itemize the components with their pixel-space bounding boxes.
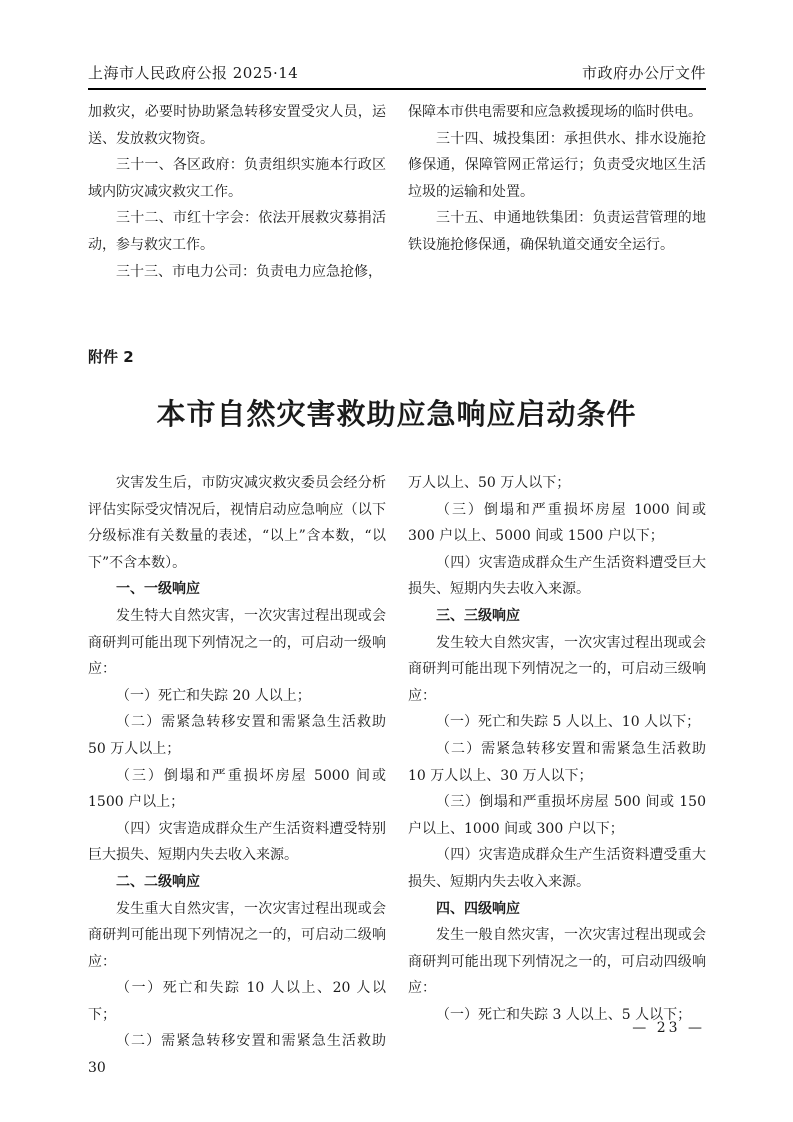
page-header: 上海市人民政府公报 2025·14 市政府办公厅文件 (88, 62, 706, 83)
paragraph: （三）倒塌和严重损坏房屋 1000 间或 300 户以上、5000 间或 150… (408, 497, 706, 550)
paragraph: 发生特大自然灾害，一次灾害过程出现或会商研判可能出现下列情况之一的，可启动一级响… (88, 603, 386, 683)
body-section: 灾害发生后，市防灾减灾救灾委员会经分析评估实际受灾情况后，视情启动应急响应（以下… (88, 470, 706, 1082)
header-gazette-title: 上海市人民政府公报 2025·14 (88, 62, 298, 83)
paragraph: 发生重大自然灾害，一次灾害过程出现或会商研判可能出现下列情况之一的，可启动二级响… (88, 896, 386, 976)
paragraph: （四）灾害造成群众生产生活资料遭受重大损失、短期内失去收入来源。 (408, 842, 706, 895)
paragraph: 灾害发生后，市防灾减灾救灾委员会经分析评估实际受灾情况后，视情启动应急响应（以下… (88, 470, 386, 576)
page-number: — 23 — (632, 1020, 705, 1036)
paragraph: 发生较大自然灾害，一次灾害过程出现或会商研判可能出现下列情况之一的，可启动三级响… (408, 630, 706, 710)
paragraph: （一）死亡和失踪 20 人以上； (88, 683, 386, 710)
paragraph: （一）死亡和失踪 10 人以上、20 人以下； (88, 975, 386, 1028)
paragraph: 三十五、申通地铁集团：负责运营管理的地铁设施抢修保通，确保轨道交通安全运行。 (408, 205, 706, 258)
paragraph: 加救灾，必要时协助紧急转移安置受灾人员，运送、发放救灾物资。 (88, 99, 386, 152)
paragraph: （二）需紧急转移安置和需紧急生活救助 30 (88, 1028, 386, 1081)
body-right-column: 万人以上、50 万人以下； （三）倒塌和严重损坏房屋 1000 间或 300 户… (408, 470, 706, 1082)
paragraph: 一、一级响应 (88, 576, 386, 603)
document-page: 上海市人民政府公报 2025·14 市政府办公厅文件 加救灾，必要时协助紧急转移… (0, 0, 793, 1122)
document-title: 本市自然灾害救助应急响应启动条件 (0, 392, 793, 433)
paragraph: 三、三级响应 (408, 603, 706, 630)
paragraph: 三十四、城投集团：承担供水、排水设施抢修保通，保障管网正常运行；负责受灾地区生活… (408, 126, 706, 206)
body-left-column: 灾害发生后，市防灾减灾救灾委员会经分析评估实际受灾情况后，视情启动应急响应（以下… (88, 470, 386, 1082)
paragraph: 三十三、市电力公司：负责电力应急抢修， (88, 259, 386, 286)
paragraph: （四）灾害造成群众生产生活资料遭受巨大损失、短期内失去收入来源。 (408, 550, 706, 603)
paragraph: 三十二、市红十字会：依法开展救灾募捐活动，参与救灾工作。 (88, 205, 386, 258)
paragraph: （一）死亡和失踪 5 人以上、10 人以下； (408, 709, 706, 736)
paragraph: （二）需紧急转移安置和需紧急生活救助 10 万人以上、30 万人以下； (408, 736, 706, 789)
paragraph: 保障本市供电需要和应急救援现场的临时供电。 (408, 99, 706, 126)
paragraph: （三）倒塌和严重损坏房屋 500 间或 150 户以上、1000 间或 300 … (408, 789, 706, 842)
paragraph: （二）需紧急转移安置和需紧急生活救助 50 万人以上； (88, 709, 386, 762)
paragraph: （四）灾害造成群众生产生活资料遭受特别巨大损失、短期内失去收入来源。 (88, 816, 386, 869)
paragraph: 二、二级响应 (88, 869, 386, 896)
paragraph: 四、四级响应 (408, 896, 706, 923)
top-left-column: 加救灾，必要时协助紧急转移安置受灾人员，运送、发放救灾物资。 三十一、各区政府：… (88, 99, 386, 285)
paragraph: 万人以上、50 万人以下； (408, 470, 706, 497)
paragraph: 三十一、各区政府：负责组织实施本行政区域内防灾减灾救灾工作。 (88, 152, 386, 205)
header-section-label: 市政府办公厅文件 (582, 62, 706, 83)
header-rule (88, 88, 706, 90)
paragraph: （三）倒塌和严重损坏房屋 5000 间或 1500 户以上； (88, 763, 386, 816)
top-right-column: 保障本市供电需要和应急救援现场的临时供电。 三十四、城投集团：承担供水、排水设施… (408, 99, 706, 285)
attachment-label: 附件 2 (88, 346, 134, 367)
top-section: 加救灾，必要时协助紧急转移安置受灾人员，运送、发放救灾物资。 三十一、各区政府：… (88, 99, 706, 285)
paragraph: 发生一般自然灾害，一次灾害过程出现或会商研判可能出现下列情况之一的，可启动四级响… (408, 922, 706, 1002)
